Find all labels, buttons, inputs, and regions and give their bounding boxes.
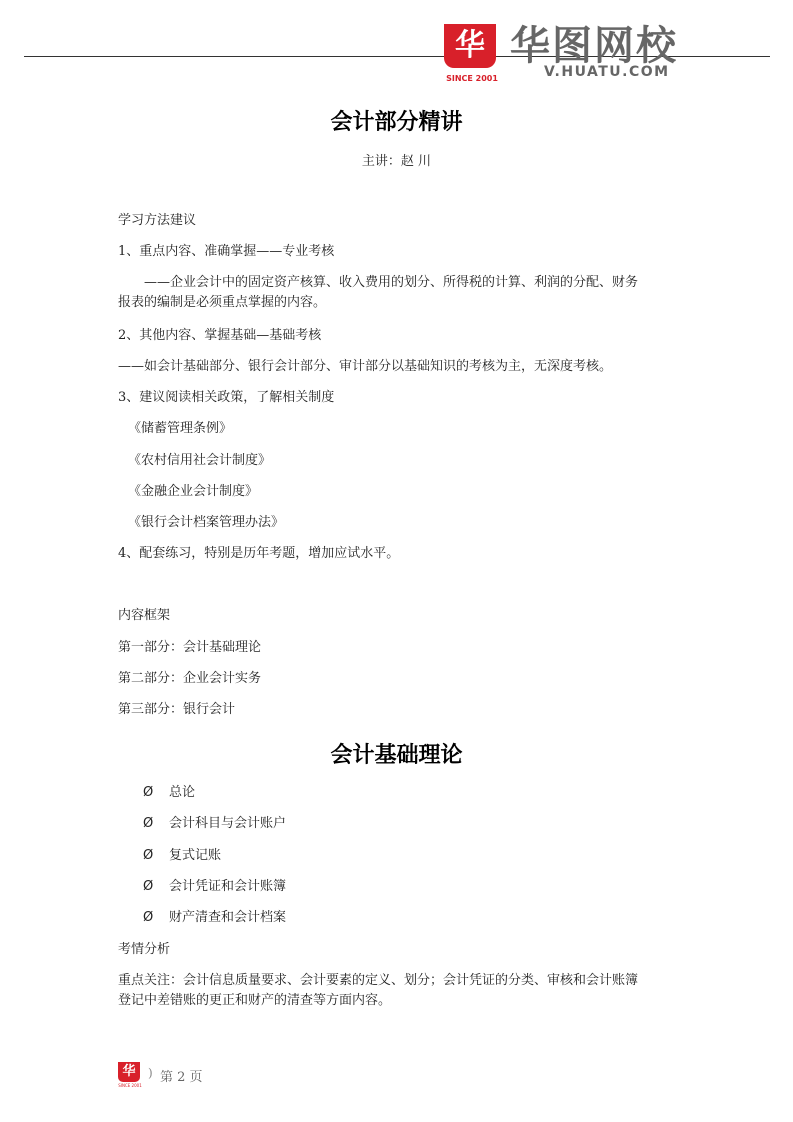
bullet-icon: Ø — [143, 877, 169, 897]
topic-item: Ø会计科目与会计账户 — [143, 814, 286, 834]
bullet-icon: Ø — [143, 783, 169, 803]
section-title: 会计基础理论 — [0, 738, 793, 769]
footer-logo-icon: 华 — [118, 1062, 140, 1082]
part-item: 第三部分：银行会计 — [118, 700, 235, 720]
part-item: 第二部分：企业会计实务 — [118, 669, 261, 689]
item-1-detail: ——企业会计中的固定资产核算、收入费用的划分、所得税的计算、利润的分配、财务报表… — [118, 273, 648, 313]
topic-item: Ø总论 — [143, 783, 195, 803]
huatu-logo: 华 SINCE 2001 华图网校 V.HUATU.COM — [444, 24, 704, 94]
study-heading: 学习方法建议 — [118, 211, 196, 231]
item-2-detail: ——如会计基础部分、银行会计部分、审计部分以基础知识的考核为主，无深度考核。 — [118, 357, 612, 377]
analysis-text: 重点关注：会计信息质量要求、会计要素的定义、划分；会计凭证的分类、审核和会计账簿… — [118, 971, 648, 1011]
bullet-icon: Ø — [143, 814, 169, 834]
brand-url: V.HUATU.COM — [544, 64, 670, 80]
item-2: 2、其他内容、掌握基础—基础考核 — [118, 326, 321, 346]
policy-item: 《农村信用社会计制度》 — [128, 451, 271, 471]
part-item: 第一部分：会计基础理论 — [118, 638, 261, 658]
topic-item: Ø财产清查和会计档案 — [143, 908, 286, 928]
brand-name: 华图网校 — [510, 24, 678, 68]
analysis-heading: 考情分析 — [118, 940, 170, 960]
policy-item: 《金融企业会计制度》 — [128, 482, 258, 502]
logo-mark: 华 — [444, 26, 496, 66]
item-1: 1、重点内容、准确掌握——专业考核 — [118, 242, 334, 262]
framework-heading: 内容框架 — [118, 606, 170, 626]
page-title: 会计部分精讲 — [0, 105, 793, 136]
policy-item: 《银行会计档案管理办法》 — [128, 513, 284, 533]
page-number: 第 2 页 — [160, 1066, 203, 1085]
bullet-icon: Ø — [143, 846, 169, 866]
footer-logo-since: SINCE 2001 — [118, 1083, 142, 1088]
policy-item: 《储蓄管理条例》 — [128, 419, 232, 439]
lecturer: 主讲：赵 川 — [0, 150, 793, 169]
topic-item: Ø复式记账 — [143, 846, 221, 866]
item-3: 3、建议阅读相关政策，了解相关制度 — [118, 388, 334, 408]
item-4: 4、配套练习，特别是历年考题，增加应试水平。 — [118, 544, 399, 564]
bullet-icon: Ø — [143, 908, 169, 928]
topic-item: Ø会计凭证和会计账簿 — [143, 877, 286, 897]
footer-separator: ) — [148, 1066, 153, 1080]
logo-since: SINCE 2001 — [444, 74, 500, 83]
logo-shield-icon: 华 — [444, 24, 496, 68]
